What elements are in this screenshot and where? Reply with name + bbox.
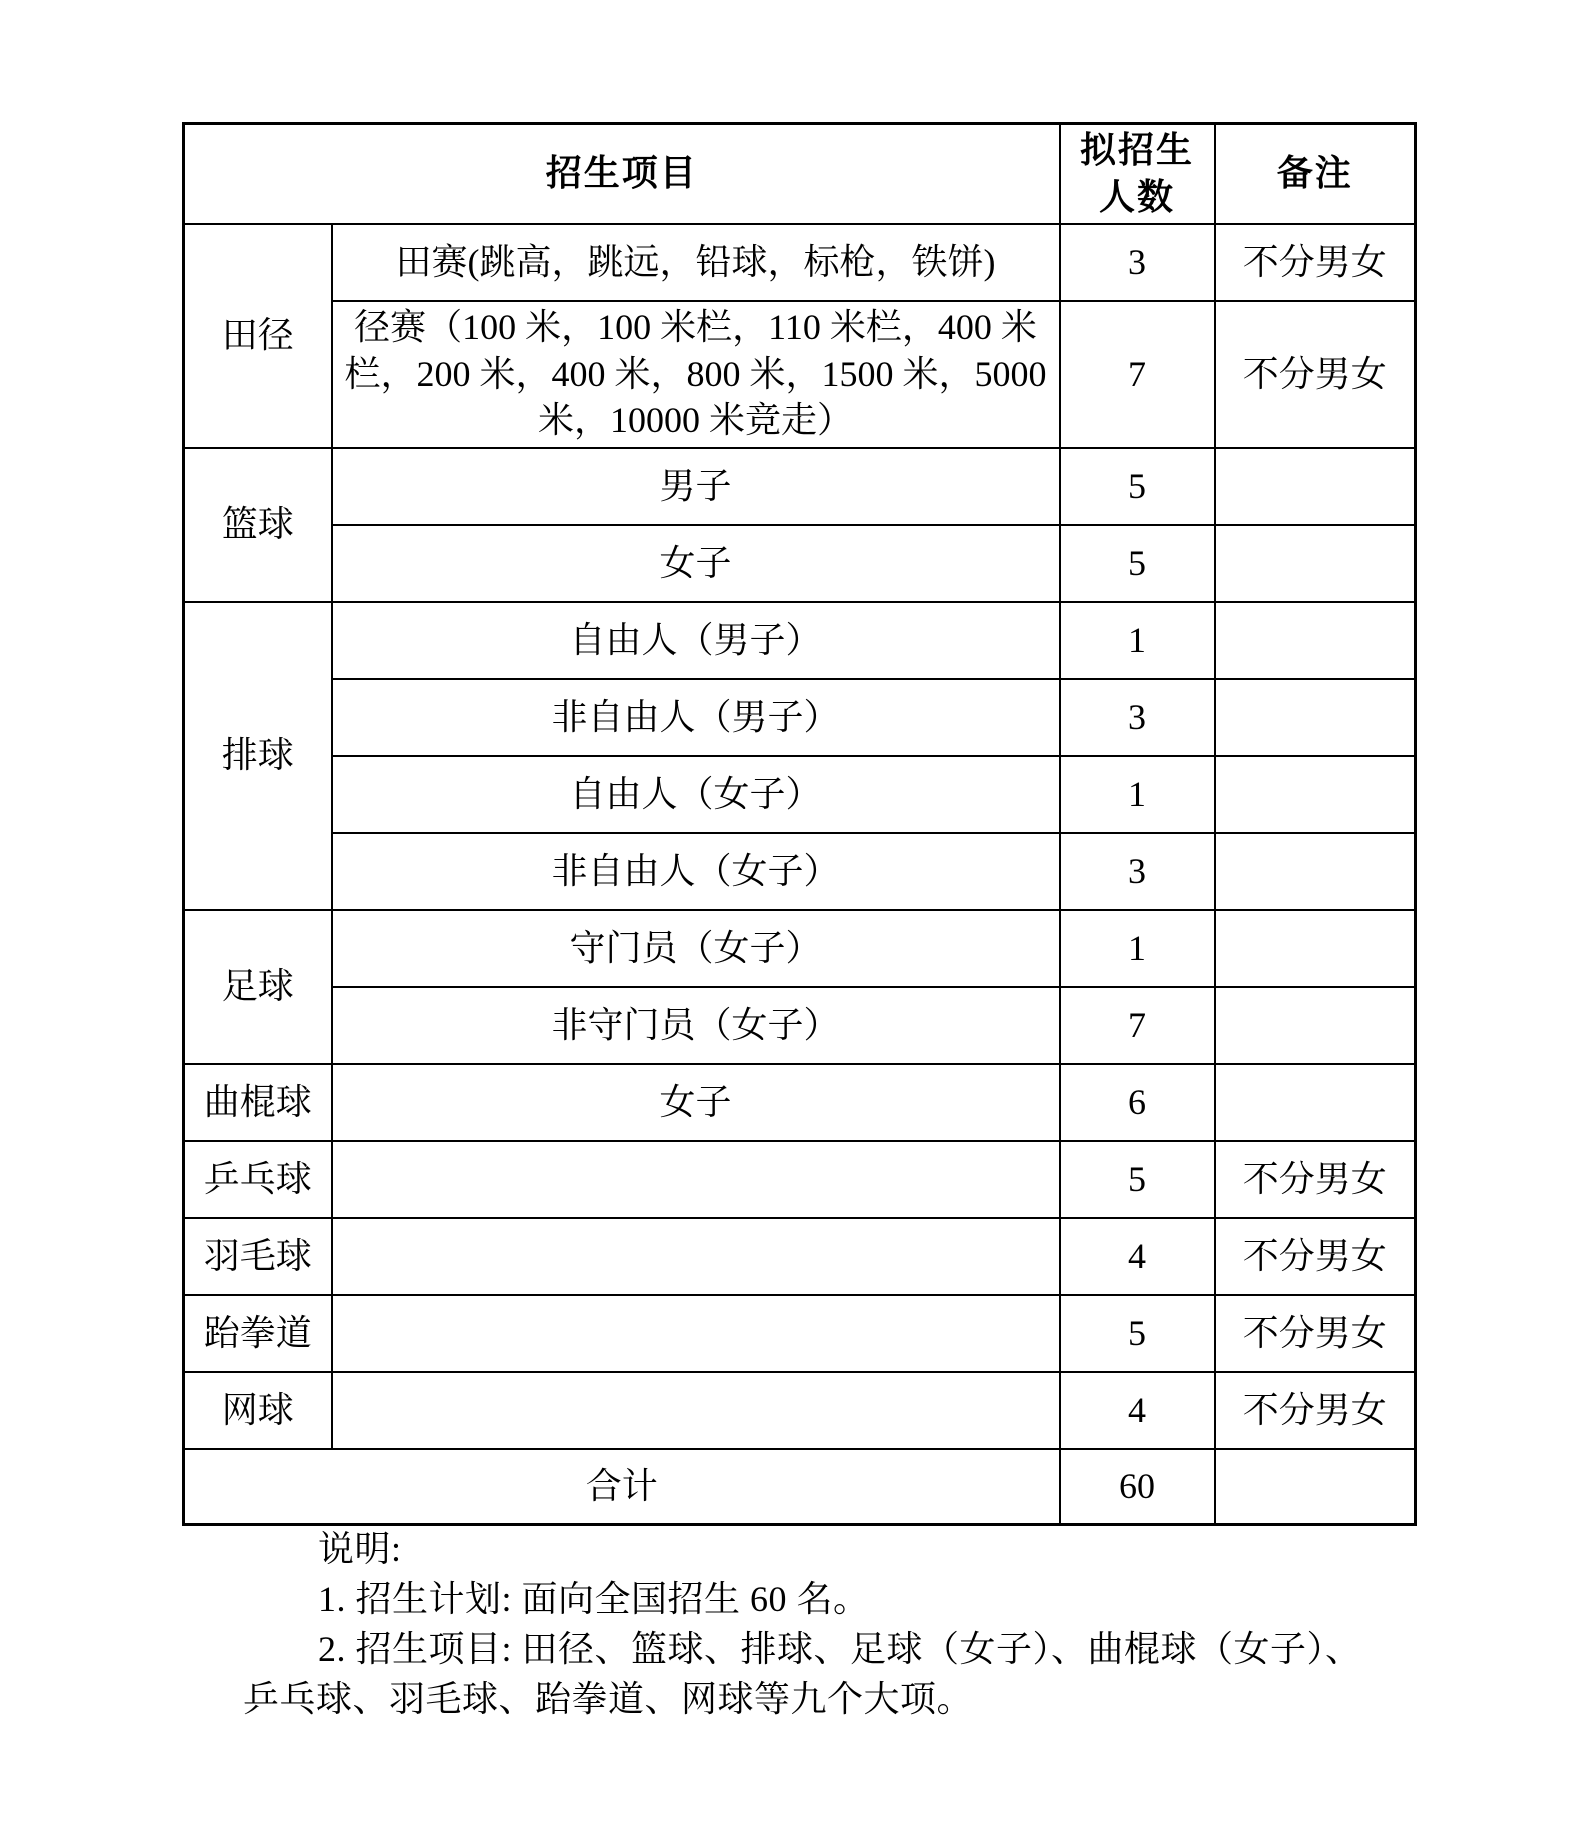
count-cell: 6 — [1060, 1064, 1215, 1141]
item-cell — [332, 1141, 1060, 1218]
count-cell: 1 — [1060, 602, 1215, 679]
item-cell: 非自由人（男子） — [332, 679, 1060, 756]
group-cell-hockey: 曲棍球 — [184, 1064, 332, 1141]
table-row-volleyball-nonlibero-men: 非自由人（男子） 3 — [184, 679, 1416, 756]
remark-cell: 不分男女 — [1215, 1295, 1416, 1372]
item-cell: 非守门员（女子） — [332, 987, 1060, 1064]
table-header-row: 招生项目 拟招生 人数 备注 — [184, 124, 1416, 224]
total-remark-cell — [1215, 1449, 1416, 1525]
table-row-basketball-women: 女子 5 — [184, 525, 1416, 602]
item-cell: 径赛（100 米，100 米栏，110 米栏，400 米 栏，200 米，400… — [332, 301, 1060, 448]
table-row-volleyball-libero-women: 自由人（女子） 1 — [184, 756, 1416, 833]
item-cell — [332, 1372, 1060, 1449]
count-cell: 3 — [1060, 833, 1215, 910]
item-cell: 女子 — [332, 525, 1060, 602]
recruitment-table: 招生项目 拟招生 人数 备注 田径 田赛(跳高，跳远，铅球，标枪，铁饼) 3 不… — [182, 122, 1417, 1526]
table-row-football-nongoalkeeper-women: 非守门员（女子） 7 — [184, 987, 1416, 1064]
count-cell: 4 — [1060, 1218, 1215, 1295]
count-cell: 3 — [1060, 679, 1215, 756]
count-cell: 5 — [1060, 1141, 1215, 1218]
remark-cell: 不分男女 — [1215, 224, 1416, 301]
group-cell-athletics: 田径 — [184, 224, 332, 448]
count-cell: 1 — [1060, 910, 1215, 987]
remark-cell — [1215, 756, 1416, 833]
group-cell-volleyball: 排球 — [184, 602, 332, 910]
table-row-volleyball-libero-men: 排球 自由人（男子） 1 — [184, 602, 1416, 679]
table-row-running-events: 径赛（100 米，100 米栏，110 米栏，400 米 栏，200 米，400… — [184, 301, 1416, 448]
remark-cell — [1215, 910, 1416, 987]
remark-cell: 不分男女 — [1215, 301, 1416, 448]
note-line-programs: 2. 招生项目: 田径、篮球、排球、足球（女子）、曲棍球（女子）、 — [243, 1624, 1418, 1674]
table-row-tennis: 网球 4 不分男女 — [184, 1372, 1416, 1449]
table-row-table-tennis: 乒乓球 5 不分男女 — [184, 1141, 1416, 1218]
note-line-programs-continued: 乒乓球、羽毛球、跆拳道、网球等九个大项。 — [243, 1674, 1418, 1724]
count-cell: 3 — [1060, 224, 1215, 301]
table-row-track-field-events: 田径 田赛(跳高，跳远，铅球，标枪，铁饼) 3 不分男女 — [184, 224, 1416, 301]
count-cell: 5 — [1060, 525, 1215, 602]
remark-cell — [1215, 679, 1416, 756]
header-planned-count: 拟招生 人数 — [1060, 124, 1215, 224]
table-row-hockey-women: 曲棍球 女子 6 — [184, 1064, 1416, 1141]
remark-cell — [1215, 833, 1416, 910]
total-label-cell: 合计 — [184, 1449, 1060, 1525]
remark-cell — [1215, 525, 1416, 602]
count-cell: 5 — [1060, 448, 1215, 525]
remark-cell — [1215, 987, 1416, 1064]
header-project: 招生项目 — [184, 124, 1060, 224]
item-cell: 自由人（女子） — [332, 756, 1060, 833]
remark-cell — [1215, 1064, 1416, 1141]
note-line-plan: 1. 招生计划: 面向全国招生 60 名。 — [243, 1574, 1418, 1624]
table-row-football-goalkeeper-women: 足球 守门员（女子） 1 — [184, 910, 1416, 987]
group-cell-basketball: 篮球 — [184, 448, 332, 602]
remark-cell: 不分男女 — [1215, 1372, 1416, 1449]
group-cell-table-tennis: 乒乓球 — [184, 1141, 332, 1218]
table-row-basketball-men: 篮球 男子 5 — [184, 448, 1416, 525]
table-row-volleyball-nonlibero-women: 非自由人（女子） 3 — [184, 833, 1416, 910]
remark-cell — [1215, 602, 1416, 679]
header-remark: 备注 — [1215, 124, 1416, 224]
count-cell: 7 — [1060, 301, 1215, 448]
item-cell: 男子 — [332, 448, 1060, 525]
count-cell: 1 — [1060, 756, 1215, 833]
item-cell — [332, 1218, 1060, 1295]
notes-section: 说明: 1. 招生计划: 面向全国招生 60 名。 2. 招生项目: 田径、篮球… — [243, 1524, 1418, 1724]
item-cell: 自由人（男子） — [332, 602, 1060, 679]
document-page: 招生项目 拟招生 人数 备注 田径 田赛(跳高，跳远，铅球，标枪，铁饼) 3 不… — [0, 0, 1587, 1830]
item-cell: 非自由人（女子） — [332, 833, 1060, 910]
group-cell-football: 足球 — [184, 910, 332, 1064]
count-cell: 5 — [1060, 1295, 1215, 1372]
table-row-taekwondo: 跆拳道 5 不分男女 — [184, 1295, 1416, 1372]
total-count-cell: 60 — [1060, 1449, 1215, 1525]
count-cell: 4 — [1060, 1372, 1215, 1449]
item-cell: 田赛(跳高，跳远，铅球，标枪，铁饼) — [332, 224, 1060, 301]
group-cell-tennis: 网球 — [184, 1372, 332, 1449]
remark-cell — [1215, 448, 1416, 525]
remark-cell: 不分男女 — [1215, 1218, 1416, 1295]
table-row-total: 合计 60 — [184, 1449, 1416, 1525]
item-cell: 守门员（女子） — [332, 910, 1060, 987]
item-cell — [332, 1295, 1060, 1372]
item-cell: 女子 — [332, 1064, 1060, 1141]
remark-cell: 不分男女 — [1215, 1141, 1416, 1218]
notes-heading: 说明: — [243, 1524, 1418, 1574]
group-cell-taekwondo: 跆拳道 — [184, 1295, 332, 1372]
group-cell-badminton: 羽毛球 — [184, 1218, 332, 1295]
table-row-badminton: 羽毛球 4 不分男女 — [184, 1218, 1416, 1295]
count-cell: 7 — [1060, 987, 1215, 1064]
